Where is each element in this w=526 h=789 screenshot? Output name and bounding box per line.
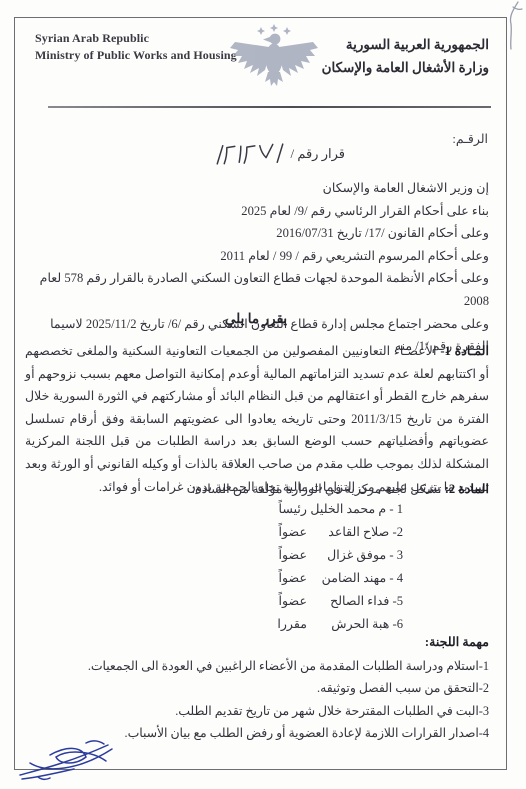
header-divider [48, 106, 491, 108]
article-2-line: المادة 2: تشكل لجنة مركزية في الوزارة مؤ… [30, 481, 489, 497]
committee-tasks-heading: مهمة اللجنة: [425, 634, 489, 650]
preamble-line: وعلى أحكام القانون /17/ تاريخ 2016/07/31 [30, 222, 489, 245]
handwritten-decree-number [214, 141, 287, 167]
committee-member-row: 4 - مهند الضامن عضواً [123, 567, 403, 590]
header-english: Syrian Arab Republic Ministry of Public … [35, 30, 237, 64]
committee-member-row: 3 - موفق غزال عضواً [123, 544, 403, 567]
article-1-text: الأعضـاء التعاونيين المفصولين من الجمعيا… [25, 344, 489, 494]
preamble-line: إن وزير الاشغال العامة والإسكان [30, 177, 489, 200]
article-2-intro: تشكل لجنة مركزية في الوزارة مؤلفة من الس… [192, 482, 442, 496]
article-2-label: المادة 2: [445, 482, 489, 496]
member-name: 4 - مهند الضامن [307, 567, 403, 590]
member-role: عضواً [279, 544, 307, 567]
header-arabic: الجمهورية العربية السورية وزارة الأشغال … [322, 33, 489, 79]
ministry-name-en: Ministry of Public Works and Housing [35, 47, 237, 64]
committee-members-list: 1 - م محمد الخليل رئيساً 2- صلاح القاعد … [123, 498, 403, 636]
preamble-line: وعلى أحكام الأنظمة الموحدة لجهات قطاع ال… [30, 267, 489, 312]
member-name: 2- صلاح القاعد [307, 521, 403, 544]
handwritten-signature-icon [16, 733, 120, 783]
article-1-label: المـادة 1- [440, 344, 489, 358]
committee-member-row: 1 - م محمد الخليل رئيساً [123, 498, 403, 521]
member-role: عضواً [279, 567, 307, 590]
member-name: 3 - موفق غزال [307, 544, 403, 567]
preamble-line: بناء على أحكام القرار الرئاسي رقم /9/ لع… [30, 200, 489, 223]
member-role: مقررا [277, 613, 307, 636]
member-name: 1 - م محمد الخليل [307, 498, 403, 521]
decides-heading: يقرر ما يلي [0, 311, 512, 327]
country-name-ar: الجمهورية العربية السورية [322, 33, 489, 56]
committee-member-row: 6- هبة الحرش مقررا [123, 613, 403, 636]
task-item: 2-التحقق من سبب الفصل وتوثيقه. [30, 677, 489, 699]
member-name: 6- هبة الحرش [307, 613, 403, 636]
committee-member-row: 2- صلاح القاعد عضواً [123, 521, 403, 544]
syrian-eagle-emblem-icon [228, 22, 320, 108]
task-item: 3-البت في الطلبات المقترحة خلال شهر من ت… [30, 700, 489, 722]
decree-number-line: قرار رقم / [214, 142, 345, 166]
preamble: إن وزير الاشغال العامة والإسكان بناء على… [30, 177, 489, 358]
reference-number-label: الرقـم: [452, 131, 488, 147]
ministry-name-ar: وزارة الأشغال العامة والإسكان [322, 56, 489, 79]
member-role: عضواً [279, 590, 307, 613]
task-item: 1-استلام ودراسة الطلبات المقدمة من الأعض… [30, 655, 489, 677]
country-name-en: Syrian Arab Republic [35, 30, 237, 47]
preamble-line: وعلى أحكام المرسوم التشريعي رقم / 99 / ل… [30, 245, 489, 268]
pen-scan-mark-icon [498, 0, 524, 50]
committee-member-row: 5- فداء الصالح عضواً [123, 590, 403, 613]
member-name: 5- فداء الصالح [307, 590, 403, 613]
article-1: المـادة 1- الأعضـاء التعاونيين المفصولين… [25, 340, 489, 498]
member-role: عضواً [279, 521, 307, 544]
committee-tasks-list: 1-استلام ودراسة الطلبات المقدمة من الأعض… [30, 655, 489, 744]
member-role: رئيساً [279, 498, 307, 521]
scanned-decree-document: { "header": { "english": { "line1": "Syr… [0, 0, 526, 789]
decree-number-label: قرار رقم / [290, 146, 345, 162]
